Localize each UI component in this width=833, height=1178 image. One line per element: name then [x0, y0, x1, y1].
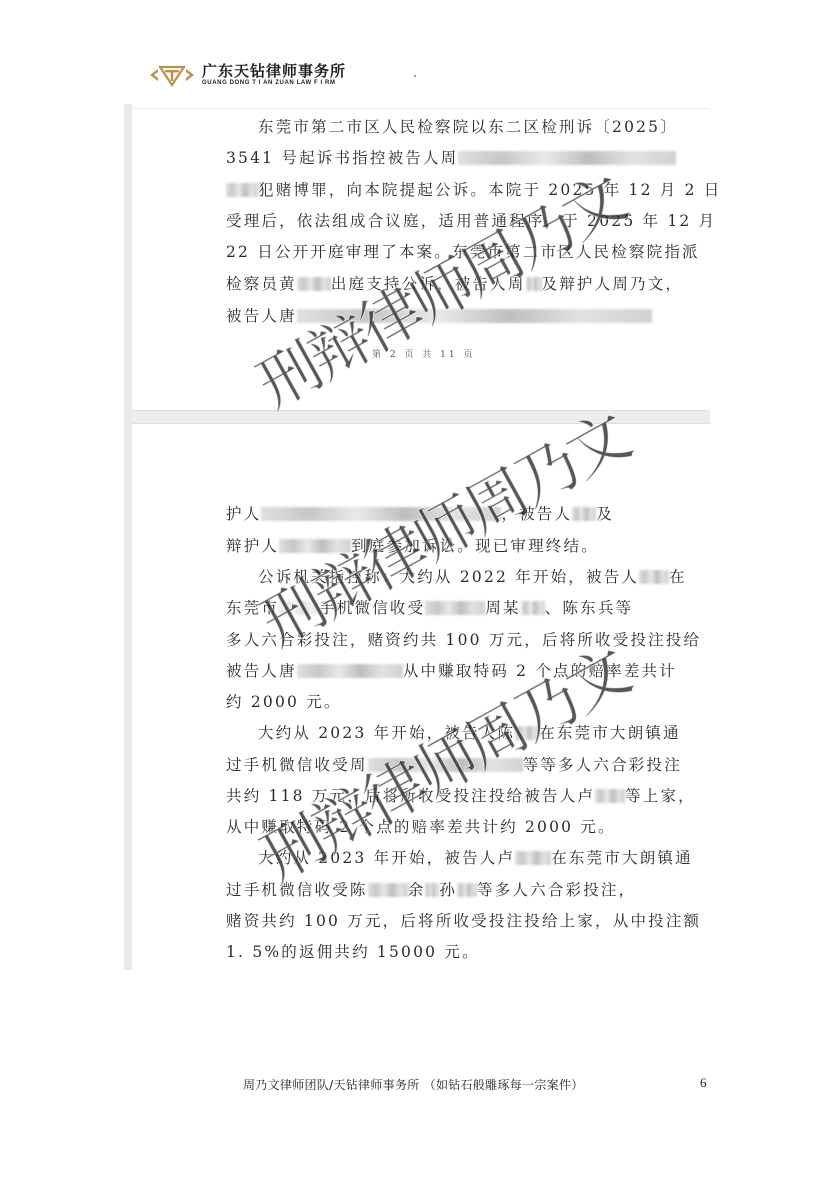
redaction: [458, 151, 676, 165]
text-line: 1. 5%的返佣共约 15000 元。: [226, 942, 480, 962]
scan-cutoff: [124, 970, 724, 982]
redaction: [368, 883, 408, 897]
text-line: 犯赌博罪，向本院提起公诉。本院于 2025 年 12 月 2 日: [226, 180, 722, 200]
text-line: 22 日公开开庭审理了本案。东莞市第二市区人民检察院指派: [226, 242, 700, 262]
text-line: 检察员黄出庭支持公诉，被告人周及辩护人周乃文，: [226, 274, 683, 294]
text-line: 公诉机关指控称：大约从 2022 年开始，被告人在: [227, 567, 687, 587]
text-line: 过手机微信收受陈余孙等多人六合彩投注，: [226, 880, 636, 900]
firm-logo-icon: [148, 63, 196, 87]
text-line: 大约从 2023 年开始，被告人卢在东莞市大朗镇通: [227, 848, 693, 868]
firm-name-cn: 广东天钻律师事务所: [202, 63, 346, 80]
redaction: [595, 789, 625, 803]
redaction: [457, 883, 477, 897]
redaction: [297, 309, 652, 323]
firm-name-en: GUANG DONG T I AN ZUAN LAW F I RM: [202, 80, 346, 87]
text-line: 共约 118 万元，后将所收受投注投给被告人卢等上家，: [226, 786, 696, 806]
redaction: [572, 507, 596, 521]
redaction: [279, 539, 351, 553]
redaction: [261, 507, 501, 521]
redaction: [226, 183, 258, 197]
text-line: 3541 号起诉书指控被告人周: [226, 148, 676, 168]
text-line: 辩护人到庭参加诉讼。现已审理终结。: [226, 536, 599, 556]
text-line: 多人六合彩投注，赌资约共 100 万元，后将所收受投注投给: [226, 630, 701, 650]
footer-page-number: 6: [700, 1075, 707, 1091]
text-line: 大约从 2023 年开始，被告人陈在东莞市大朗镇通: [227, 723, 681, 743]
text-line: 被告人唐从中赚取特码 2 个点的赔率差共计: [226, 661, 677, 681]
footer-text: 周乃文律师团队/天钻律师事务所 （如钻石般雕琢每一宗案件）: [243, 1076, 584, 1093]
redaction: [515, 851, 551, 865]
redaction: [521, 601, 545, 615]
redaction: [425, 883, 439, 897]
text-line: 赌资共约 100 万元，后将所收受投注投给上家，从中投注额: [226, 911, 701, 931]
page-number: 第 2 页 共 11 页: [372, 347, 475, 360]
stray-dot: [414, 75, 416, 77]
redaction: [279, 601, 319, 615]
text-line: 受理后，依法组成合议庭，适用普通程序，于 2025 年 12 月: [226, 211, 716, 231]
text-line: 过手机微信收受周等等多人六合彩投注: [226, 755, 682, 775]
redaction: [368, 758, 523, 772]
text-line: 被告人唐: [226, 306, 652, 326]
text-line: 护人，被告人及: [226, 504, 614, 524]
text-line: 从中赚取特码 2 个点的赔率差共计约 2000 元。: [226, 817, 616, 837]
redaction: [639, 570, 669, 584]
text-line: 约 2000 元。: [226, 692, 342, 712]
letterhead: 广东天钻律师事务所 GUANG DONG T I AN ZUAN LAW F I…: [148, 60, 346, 90]
redaction: [297, 277, 331, 291]
page-separator: [132, 410, 710, 424]
text-line: 东莞市第二市区人民检察院以东二区检刑诉〔2025〕: [227, 117, 678, 137]
redaction: [297, 664, 403, 678]
scan-border: [124, 104, 132, 970]
text-line: 东莞市手机微信收受周某、陈东兵等: [226, 598, 633, 618]
redaction: [425, 601, 485, 615]
redaction: [515, 726, 539, 740]
redaction: [526, 277, 542, 291]
